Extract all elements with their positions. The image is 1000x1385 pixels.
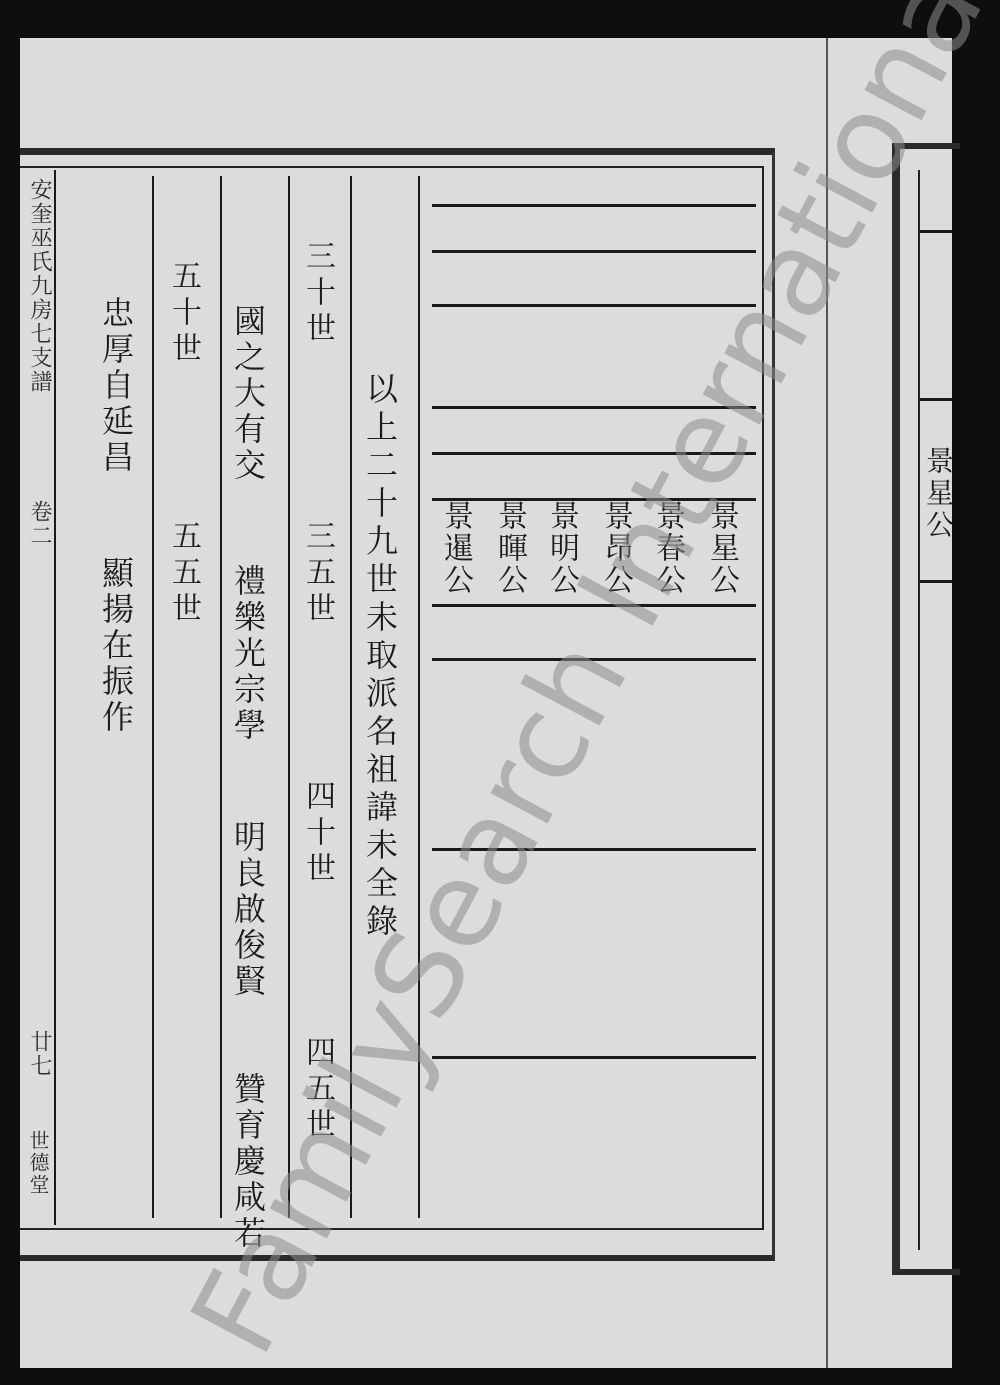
row-rule <box>432 406 756 409</box>
row-rule <box>432 452 756 455</box>
generation-40: 四十世 <box>302 780 332 888</box>
adjacent-page-frame <box>892 143 960 1275</box>
generation-poem-line: 忠厚自延昌 <box>100 296 132 476</box>
generation-poem-line: 國之大有交 <box>232 304 264 484</box>
ancestor-name: 景暹公 <box>440 500 470 596</box>
generation-45: 四五世 <box>302 1036 332 1144</box>
ancestor-name: 景明公 <box>546 500 576 596</box>
generation-poem-line: 禮樂光宗學 <box>232 564 264 744</box>
generation-poem-line: 明良啟俊賢 <box>232 820 264 1000</box>
row-rule <box>432 658 756 661</box>
row-rule <box>432 848 756 851</box>
margin-volume: 卷二 <box>28 500 50 548</box>
column-rule <box>152 176 154 1218</box>
generation-55: 五五世 <box>168 520 198 628</box>
generation-35: 三五世 <box>302 520 332 628</box>
adjacent-ancestor-name: 景星公 <box>924 446 952 542</box>
ancestor-name: 景星公 <box>706 500 736 596</box>
ancestor-name: 景昂公 <box>600 500 630 596</box>
generation-50: 五十世 <box>168 260 198 368</box>
row-rule <box>432 250 756 253</box>
generation-poem-line: 顯揚在振作 <box>100 556 132 736</box>
row-rule <box>432 604 756 607</box>
column-rule <box>288 176 290 1218</box>
ancestor-name: 景春公 <box>652 500 682 596</box>
margin-page-number: 廿七 <box>28 1030 50 1078</box>
column-rule <box>220 176 222 1218</box>
generation-poem-line: 贊育慶咸若 <box>232 1072 264 1252</box>
column-rule <box>350 176 352 1218</box>
column-rule <box>418 176 420 1218</box>
row-rule <box>432 304 756 307</box>
adjacent-row-rule <box>920 580 952 583</box>
row-rule <box>432 204 756 207</box>
adjacent-row-rule <box>920 398 952 401</box>
generation-30: 三十世 <box>302 240 332 348</box>
adjacent-row-rule <box>920 230 952 233</box>
row-rule <box>432 1056 756 1059</box>
adjacent-page-rule <box>918 170 920 1250</box>
margin-title: 安奎巫氏九房七支譜 <box>28 178 50 394</box>
note-column: 以上二十九世未取派名祖諱未全錄 <box>364 372 396 942</box>
margin-divider <box>54 170 56 1225</box>
margin-hall-name: 世德堂 <box>28 1130 48 1196</box>
ancestor-name: 景暉公 <box>494 500 524 596</box>
page-fold-line <box>826 38 828 1368</box>
